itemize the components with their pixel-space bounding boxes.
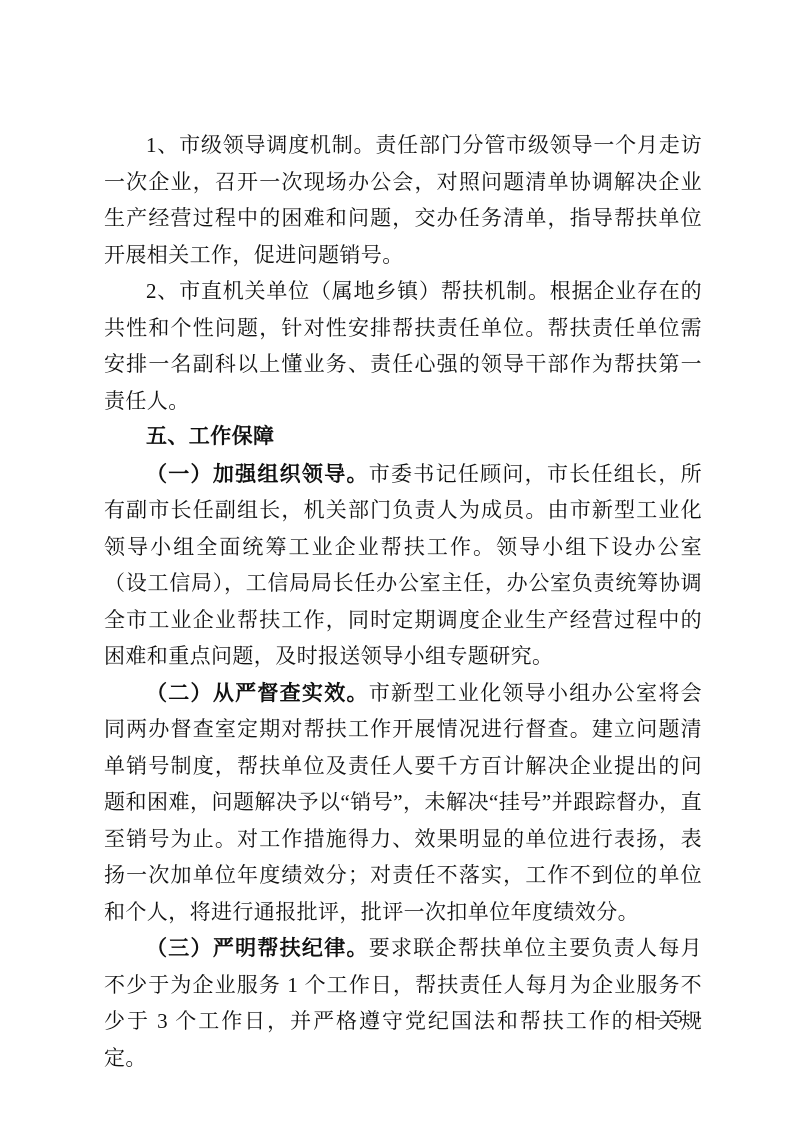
page-number: - 5 -	[630, 1007, 730, 1029]
paragraph: （三）严明帮扶纪律。要求联企帮扶单位主要负责人每月不少于为企业服务 1 个工作日…	[104, 930, 702, 1076]
document-page: 1、市级领导调度机制。责任部门分管市级领导一个月走访一次企业，召开一次现场办公会…	[0, 0, 793, 1122]
paragraph-text: 市委书记任顾问，市长任组长，所有副市长任副组长，机关部门负责人为成员。由市新型工…	[104, 462, 702, 669]
paragraph-lead: （一）加强组织领导。	[146, 462, 369, 486]
paragraph-text: 2、市直机关单位（属地乡镇）帮扶机制。根据企业存在的共性和个性问题，针对性安排帮…	[104, 279, 702, 413]
section-heading: 五、工作保障	[104, 419, 702, 456]
paragraph-lead: （三）严明帮扶纪律。	[146, 936, 369, 960]
paragraph: 1、市级领导调度机制。责任部门分管市级领导一个月走访一次企业，召开一次现场办公会…	[104, 127, 702, 273]
paragraph: 2、市直机关单位（属地乡镇）帮扶机制。根据企业存在的共性和个性问题，针对性安排帮…	[104, 273, 702, 419]
paragraph-text: 五、工作保障	[146, 425, 274, 448]
document-body: 1、市级领导调度机制。责任部门分管市级领导一个月走访一次企业，召开一次现场办公会…	[104, 127, 702, 1076]
paragraph-lead: （二）从严督查实效。	[146, 681, 369, 705]
paragraph: （二）从严督查实效。市新型工业化领导小组办公室将会同两办督查室定期对帮扶工作开展…	[104, 675, 702, 931]
paragraph-text: 1、市级领导调度机制。责任部门分管市级领导一个月走访一次企业，召开一次现场办公会…	[104, 133, 702, 267]
paragraph-text: 市新型工业化领导小组办公室将会同两办督查室定期对帮扶工作开展情况进行督查。建立问…	[104, 681, 702, 924]
paragraph: （一）加强组织领导。市委书记任顾问，市长任组长，所有副市长任副组长，机关部门负责…	[104, 456, 702, 675]
